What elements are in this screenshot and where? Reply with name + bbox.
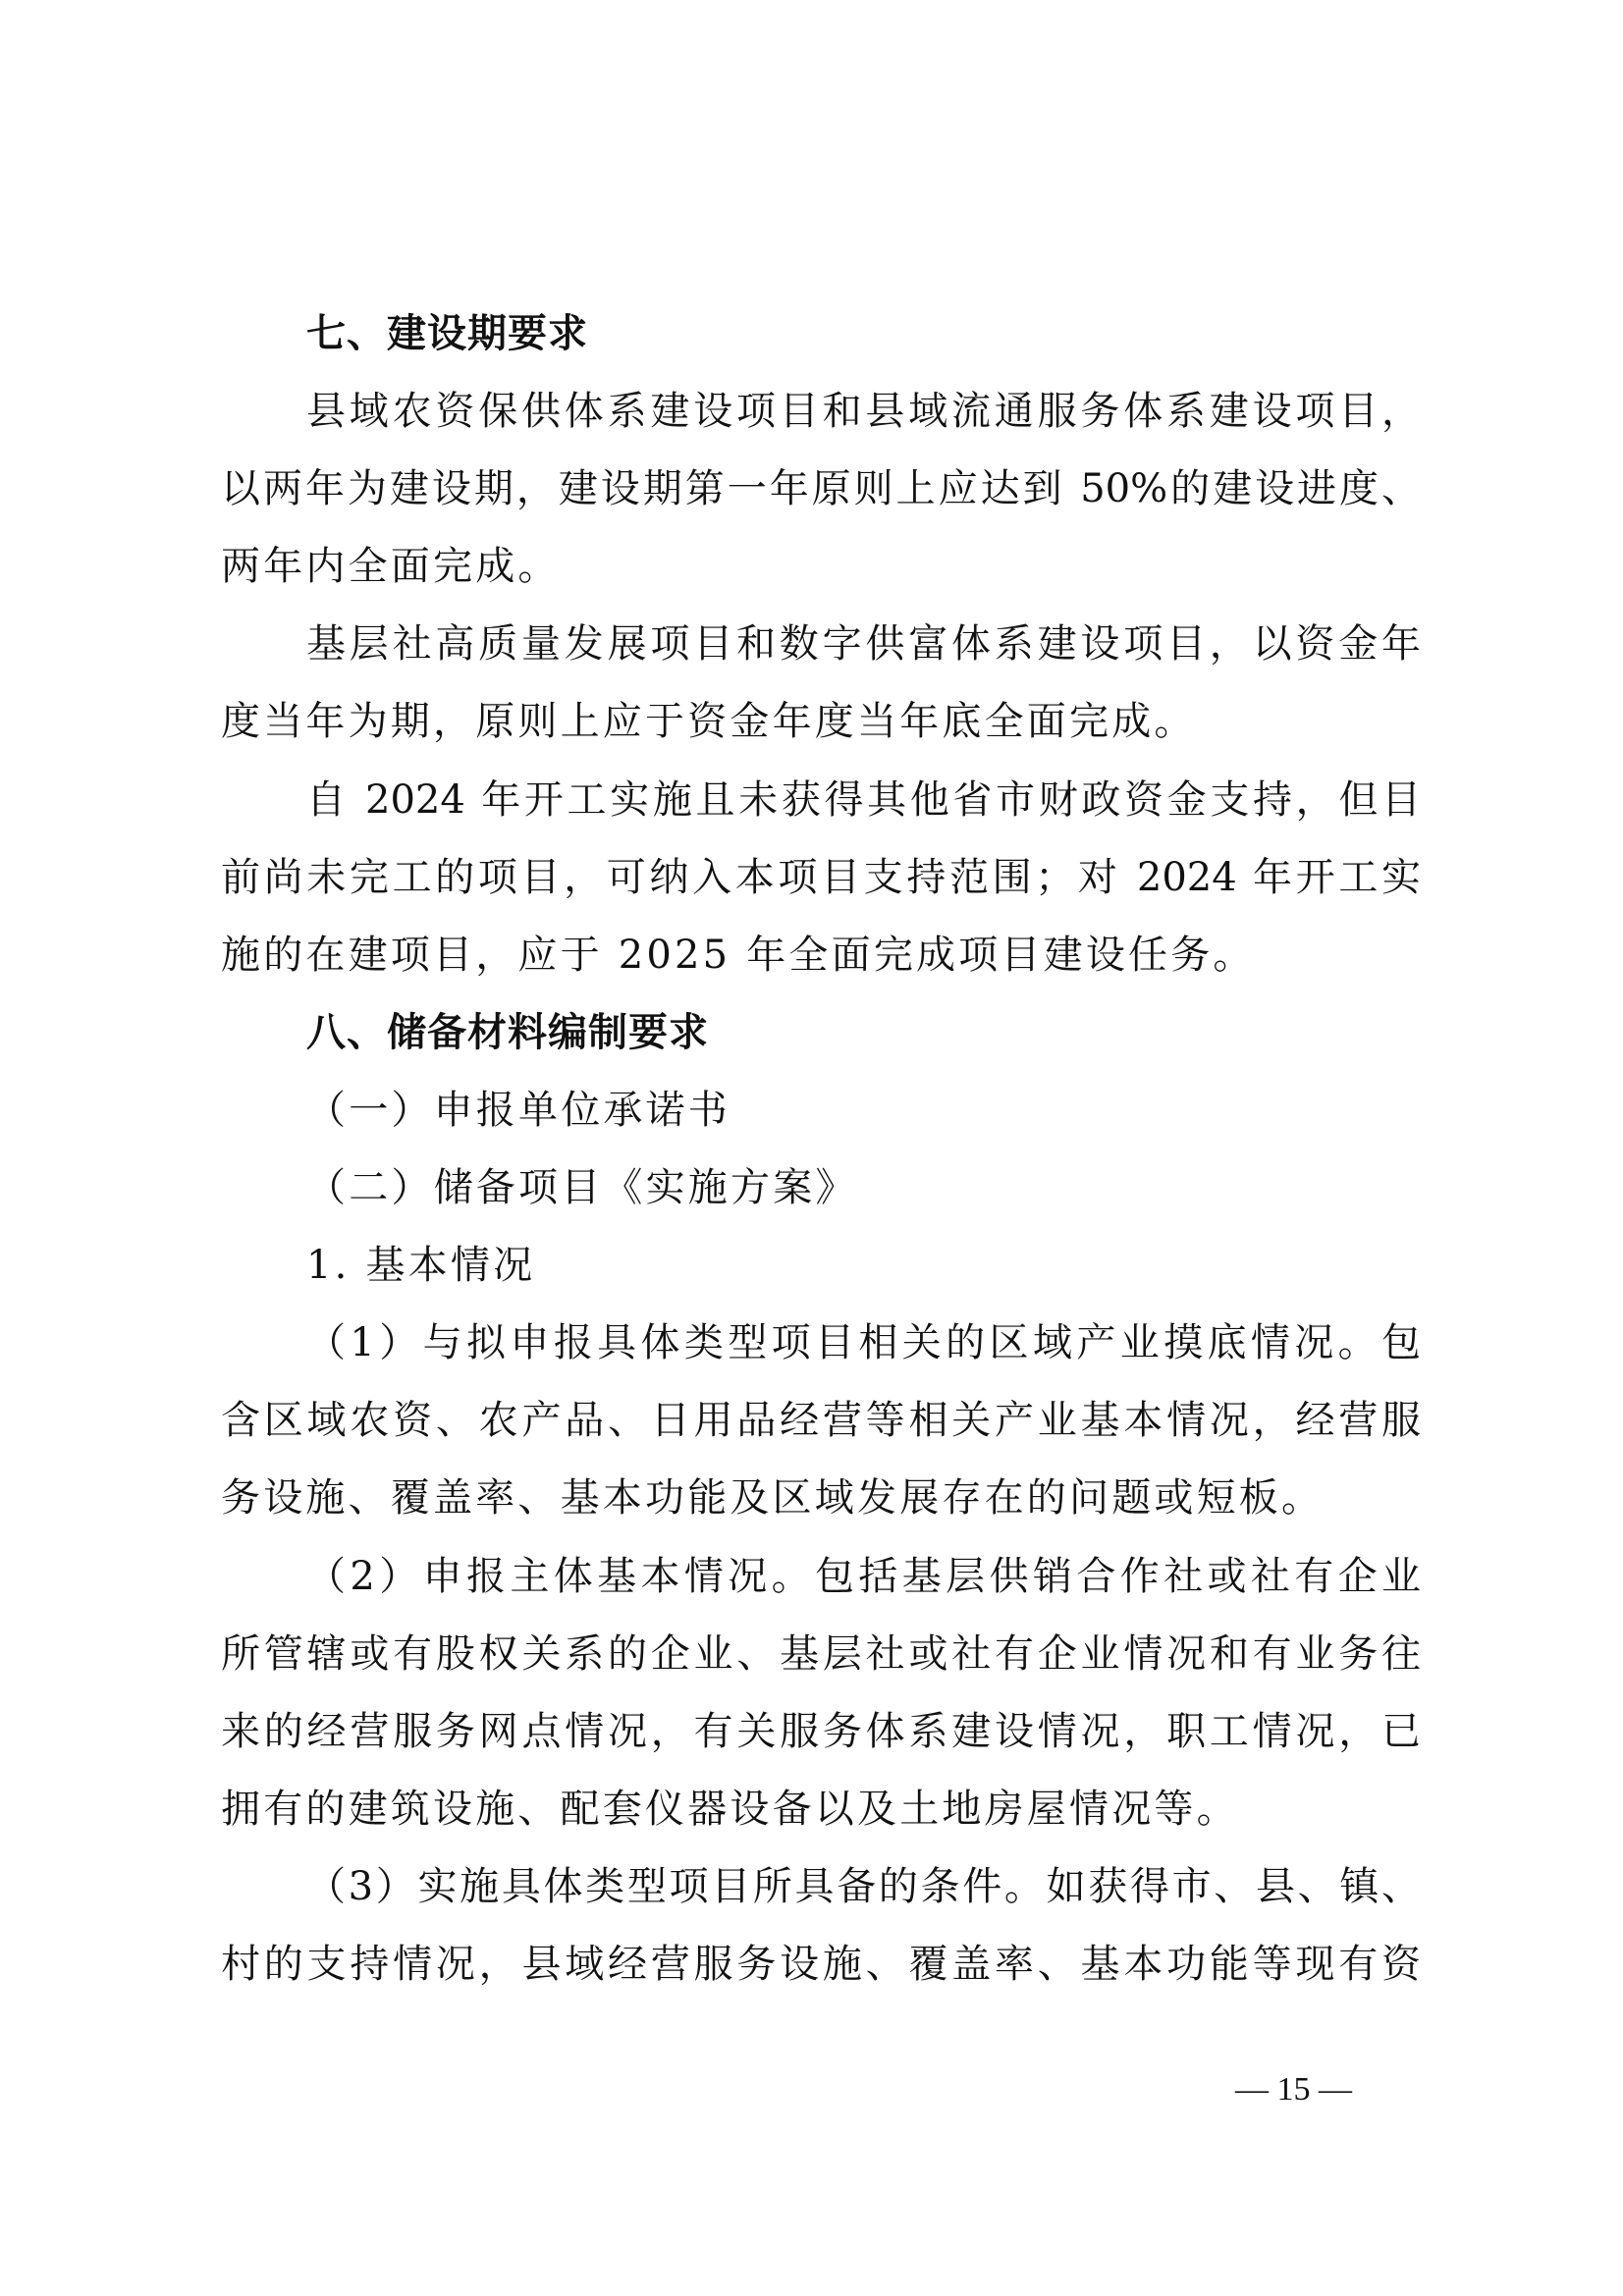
paragraph-line: 自 2024 年开工实施且未获得其他省市财政资金支持，但目	[221, 762, 1421, 839]
paragraph-line: 施的在建项目，应于 2025 年全面完成项目建设任务。	[221, 917, 1421, 994]
paragraph-line: 度当年为期，原则上应于资金年度当年底全面完成。	[221, 683, 1421, 761]
paragraph-line: 两年内全面完成。	[221, 528, 1421, 606]
paragraph-project-conditions: （3）实施具体类型项目所具备的条件。如获得市、县、镇、 村的支持情况，县域经营服…	[221, 1848, 1421, 2003]
paragraph-line: 拥有的建筑设施、配套仪器设备以及土地房屋情况等。	[221, 1771, 1421, 1848]
paragraph-line: 基层社高质量发展项目和数字供富体系建设项目，以资金年	[221, 606, 1421, 683]
paragraph-applicant-basic-info: （2）申报主体基本情况。包括基层供销合作社或社有企业 所管辖或有股权关系的企业、…	[221, 1538, 1421, 1848]
paragraph-construction-period-two-years: 县域农资保供体系建设项目和县域流通服务体系建设项目， 以两年为建设期，建设期第一…	[221, 373, 1421, 606]
paragraph-line: （3）实施具体类型项目所具备的条件。如获得市、县、镇、	[221, 1848, 1421, 1926]
paragraph-regional-industry: （1）与拟申报具体类型项目相关的区域产业摸底情况。包 含区域农资、农产品、日用品…	[221, 1305, 1421, 1537]
subheading-basic-situation: 1. 基本情况	[221, 1227, 1421, 1305]
paragraph-line: 村的支持情况，县域经营服务设施、覆盖率、基本功能等现有资	[221, 1926, 1421, 2003]
paragraph-line: 务设施、覆盖率、基本功能及区域发展存在的问题或短板。	[221, 1460, 1421, 1537]
paragraph-line: （1）与拟申报具体类型项目相关的区域产业摸底情况。包	[221, 1305, 1421, 1382]
paragraph-line: 所管辖或有股权关系的企业、基层社或社有企业情况和有业务往	[221, 1616, 1421, 1693]
page-content: 七、建设期要求 县域农资保供体系建设项目和县域流通服务体系建设项目， 以两年为建…	[221, 295, 1421, 2003]
paragraph-line: 含区域农资、农产品、日用品经营等相关产业基本情况，经营服	[221, 1382, 1421, 1460]
paragraph-2024-projects: 自 2024 年开工实施且未获得其他省市财政资金支持，但目 前尚未完工的项目，可…	[221, 762, 1421, 994]
document-page: 七、建设期要求 县域农资保供体系建设项目和县域流通服务体系建设项目， 以两年为建…	[0, 0, 1623, 2296]
section-heading-construction-period: 七、建设期要求	[221, 295, 1421, 373]
section-heading-reserve-materials: 八、储备材料编制要求	[221, 994, 1421, 1072]
subheading-implementation-plan: （二）储备项目《实施方案》	[221, 1149, 1421, 1227]
paragraph-line: 来的经营服务网点情况，有关服务体系建设情况，职工情况，已	[221, 1693, 1421, 1771]
paragraph-line: 以两年为建设期，建设期第一年原则上应达到 50%的建设进度、	[221, 451, 1421, 528]
paragraph-line: 县域农资保供体系建设项目和县域流通服务体系建设项目，	[221, 373, 1421, 451]
paragraph-line: 前尚未完工的项目，可纳入本项目支持范围；对 2024 年开工实	[221, 839, 1421, 917]
paragraph-construction-period-annual: 基层社高质量发展项目和数字供富体系建设项目，以资金年 度当年为期，原则上应于资金…	[221, 606, 1421, 761]
page-number: — 15 —	[1235, 2071, 1352, 2109]
paragraph-line: （2）申报主体基本情况。包括基层供销合作社或社有企业	[221, 1538, 1421, 1616]
subheading-commitment-letter: （一）申报单位承诺书	[221, 1072, 1421, 1149]
